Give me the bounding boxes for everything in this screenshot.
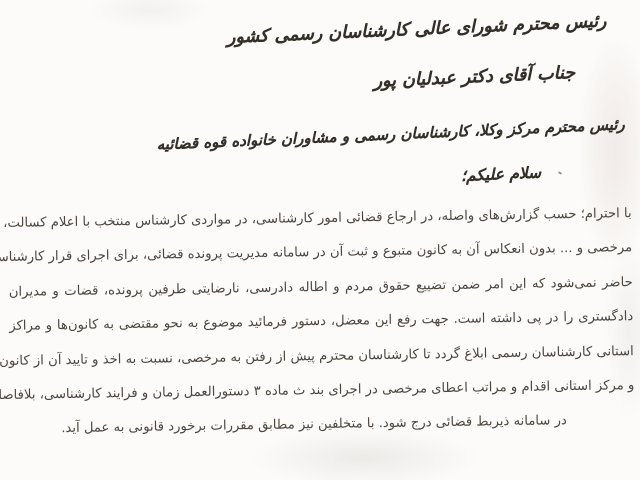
letter-content: رئیس محترم شورای عالی کارشناسان رسمی کشو… [0, 0, 640, 480]
scanned-letter-page: رئیس محترم شورای عالی کارشناسان رسمی کشو… [0, 0, 640, 480]
addressee-line-1: رئیس محترم شورای عالی کارشناسان رسمی کشو… [227, 11, 607, 48]
salutation: سلام علیکم؛ [461, 164, 542, 185]
letter-body: با احترام؛ حسب گزارش‌های واصله، در ارجاع… [7, 199, 635, 450]
addressee-line-2: جناب آقای دکتر عبدلیان پور [373, 63, 575, 92]
addressee-line-3: رئیس محترم مرکز وکلا، کارشناسان رسمی و م… [156, 115, 625, 153]
